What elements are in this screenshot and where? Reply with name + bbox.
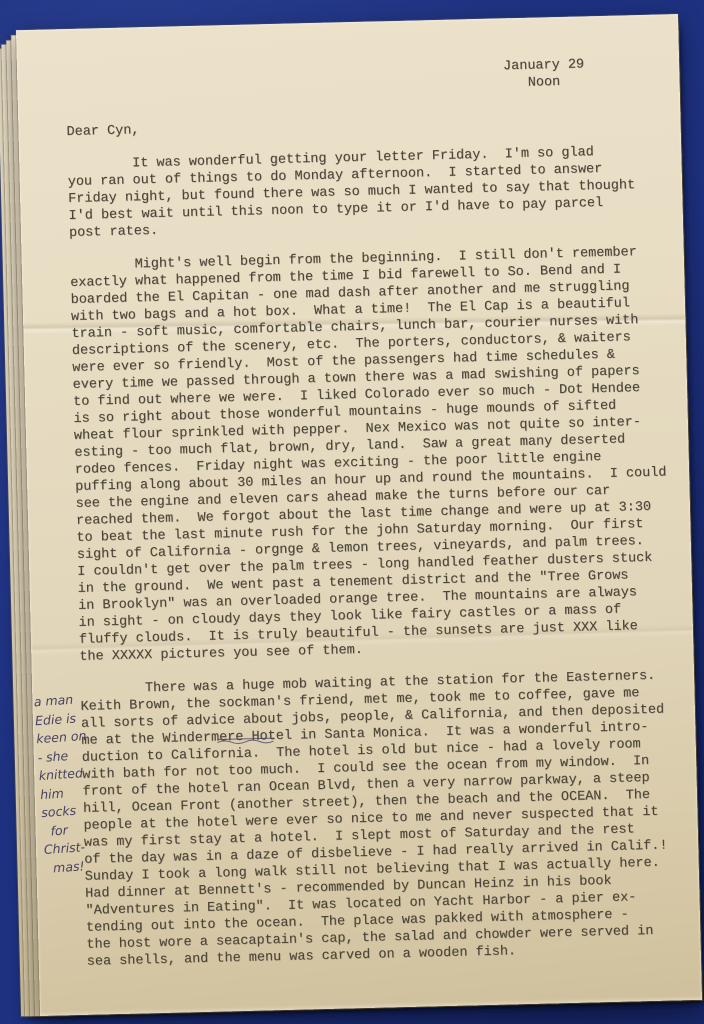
letter-content: January 29 Noon Dear Cyn, It was wonderf… xyxy=(16,14,702,1016)
letter-salutation: Dear Cyn, xyxy=(66,109,666,141)
letter-date: January 29 Noon xyxy=(503,54,666,92)
letter-page: January 29 Noon Dear Cyn, It was wonderf… xyxy=(16,14,702,1016)
sockman-underline-mark xyxy=(216,736,276,745)
letter-paragraph-3: There was a huge mob waiting at the stat… xyxy=(80,667,687,971)
letter-paper-stack: January 29 Noon Dear Cyn, It was wonderf… xyxy=(16,14,702,1016)
letter-paragraph-1: It was wonderful getting your letter Fri… xyxy=(67,142,669,242)
letter-paragraph-2: Might's well begin from the beginning. I… xyxy=(70,243,680,666)
